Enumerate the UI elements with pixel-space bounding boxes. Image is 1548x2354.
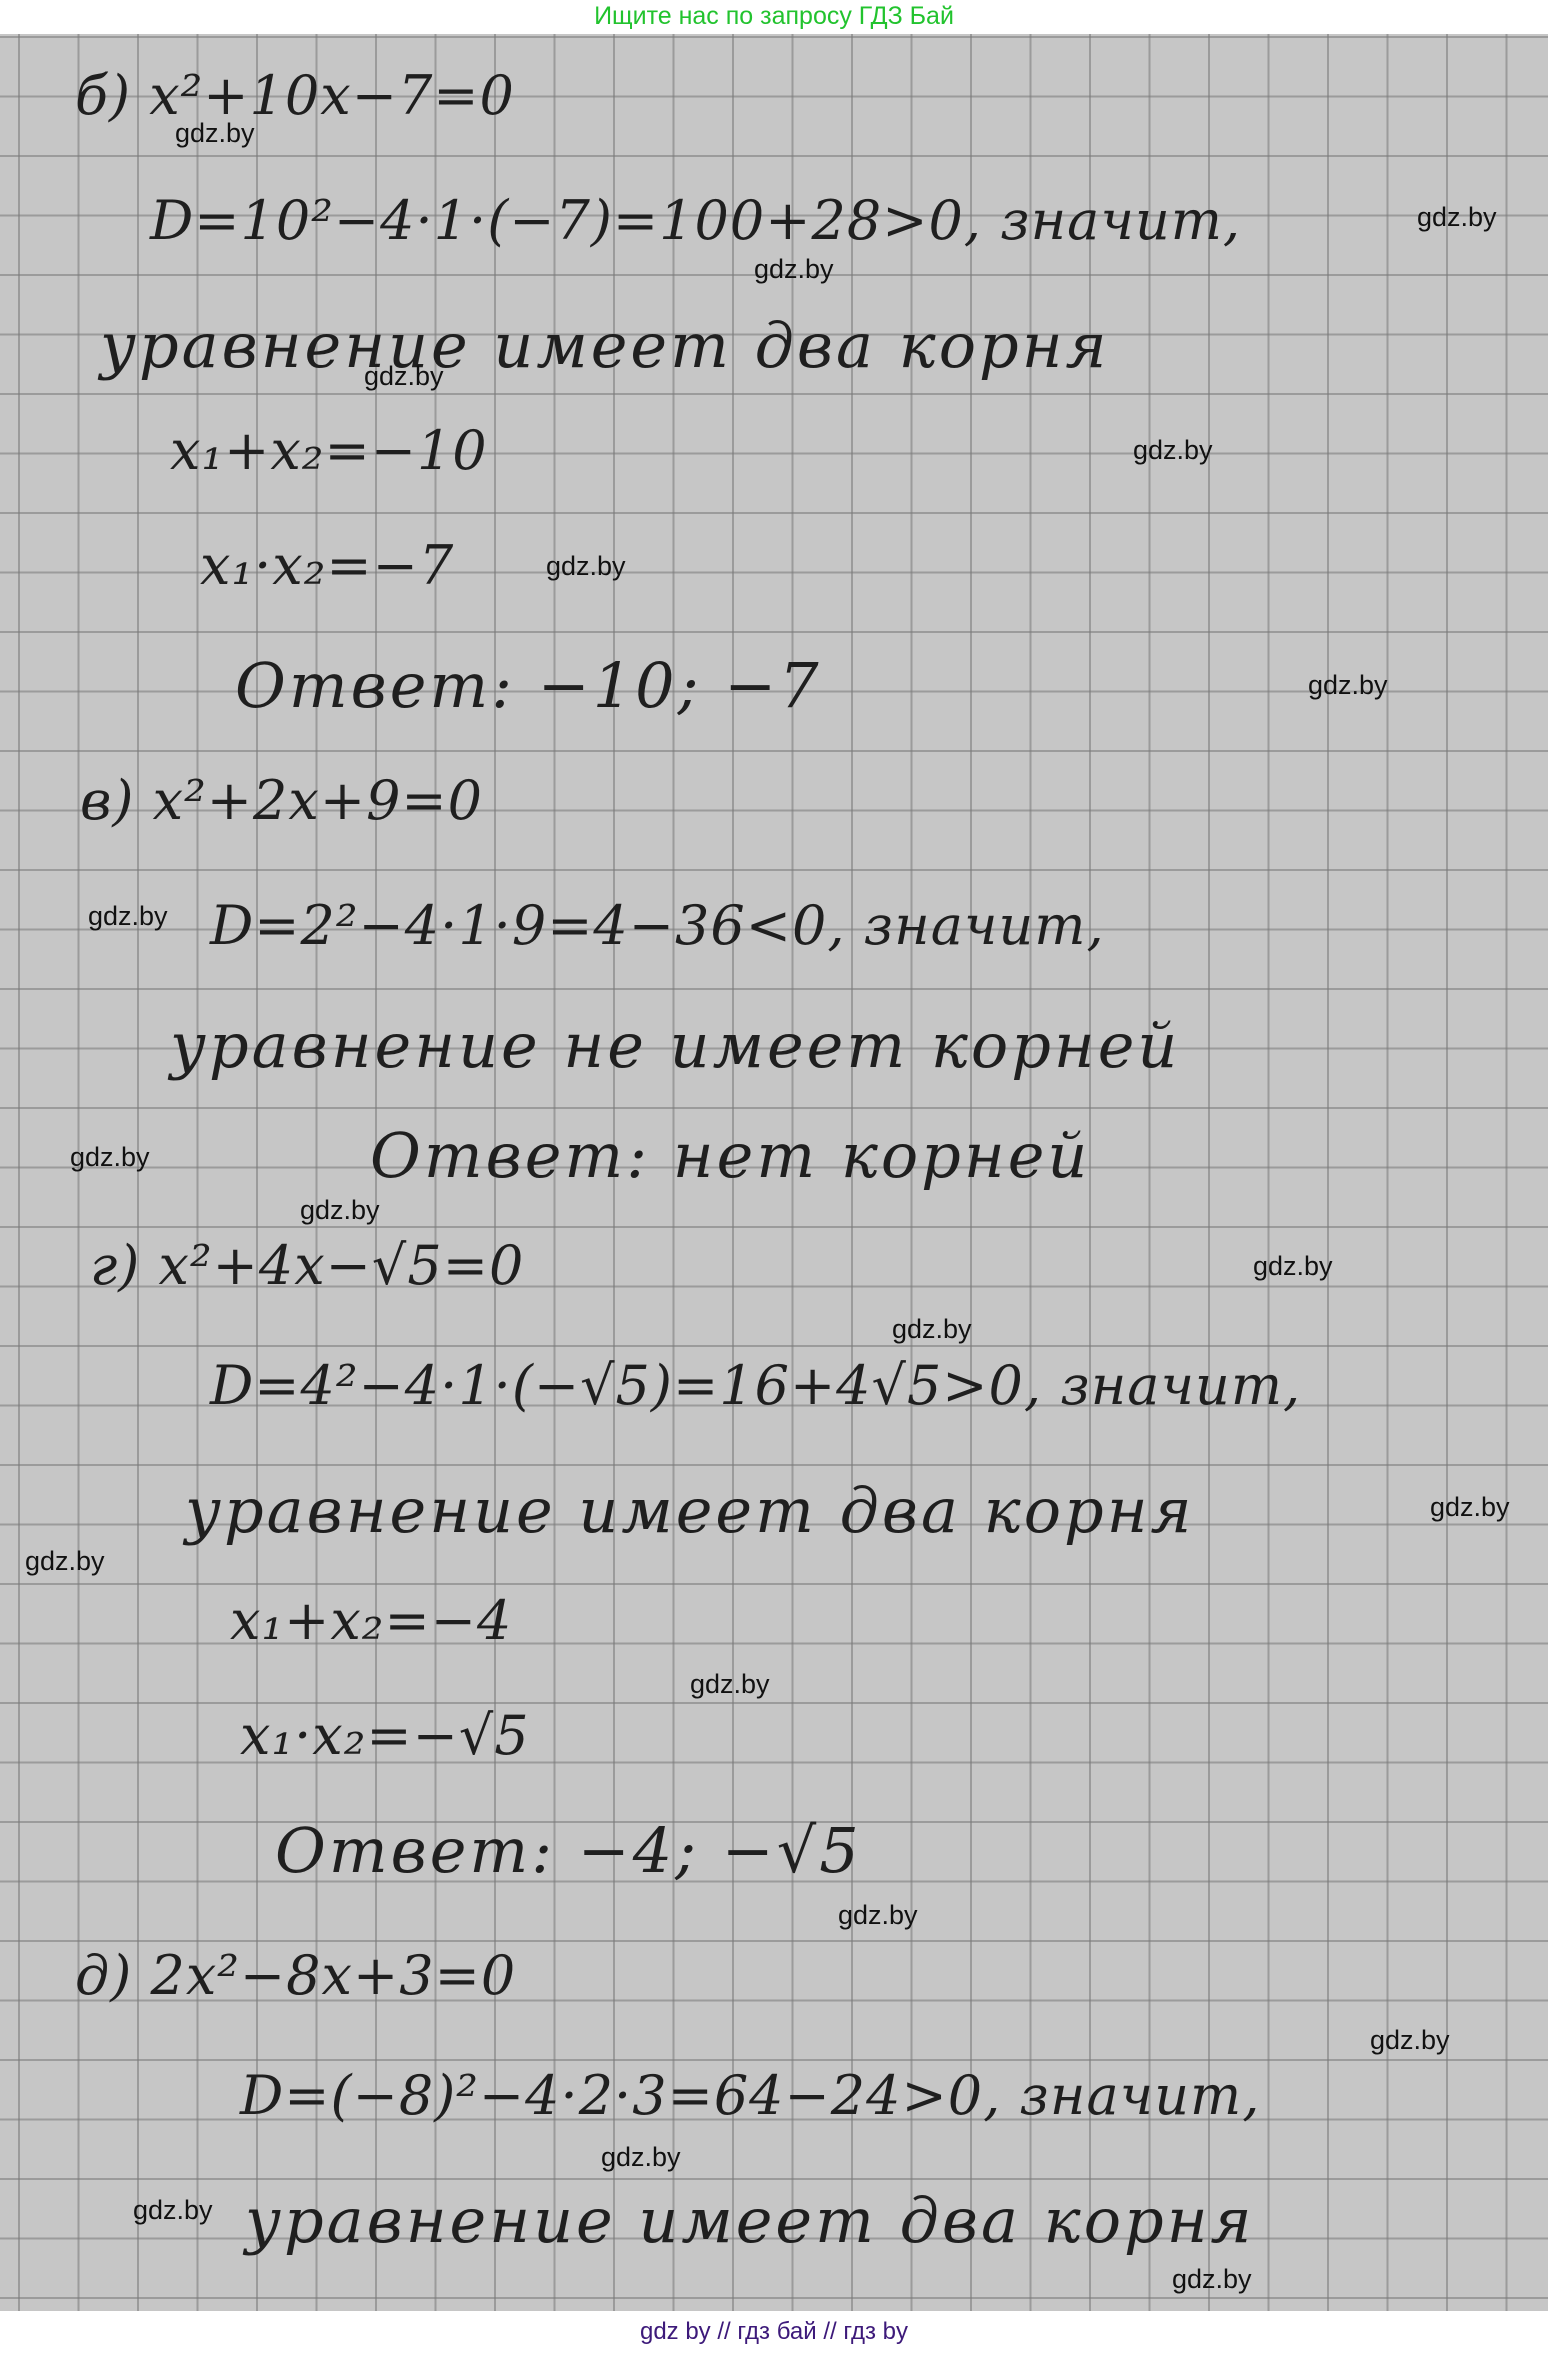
watermark: gdz.by xyxy=(1253,1251,1333,1282)
watermark: gdz.by xyxy=(1133,435,1213,466)
watermark: gdz.by xyxy=(690,1669,770,1700)
vieta-sum-b: x₁+x₂=−10 xyxy=(170,419,488,482)
watermark: gdz.by xyxy=(1172,2264,1252,2295)
conclusion-d: уравнение имеет два корня xyxy=(245,2184,1255,2257)
watermark: gdz.by xyxy=(1370,2025,1450,2056)
discriminant-d: D=(−8)²−4·2·3=64−24>0, значит, xyxy=(240,2064,1260,2127)
watermark: gdz.by xyxy=(838,1900,918,1931)
discriminant-g: D=4²−4·1·(−√5)=16+4√5>0, значит, xyxy=(210,1354,1301,1417)
watermark: gdz.by xyxy=(546,551,626,582)
watermark: gdz.by xyxy=(892,1314,972,1345)
watermark: gdz.by xyxy=(1308,670,1388,701)
vieta-product-b: x₁·x₂=−7 xyxy=(200,534,454,597)
conclusion-v: уравнение не имеет корней xyxy=(170,1009,1180,1082)
equation-g: г) x²+4x−√5=0 xyxy=(90,1234,524,1297)
watermark: gdz.by xyxy=(70,1142,150,1173)
footer-links[interactable]: gdz by // гдз бай // гдз by xyxy=(0,2311,1548,2354)
discriminant-v: D=2²−4·1·9=4−36<0, значит, xyxy=(210,894,1105,957)
equation-v: в) x²+2x+9=0 xyxy=(80,769,483,832)
watermark: gdz.by xyxy=(1417,202,1497,233)
notebook-page: б) x²+10x−7=0 D=10²−4·1·(−7)=100+28>0, з… xyxy=(0,34,1548,2311)
answer-g: Ответ: −4; −√5 xyxy=(275,1814,862,1887)
watermark: gdz.by xyxy=(25,1546,105,1577)
watermark: gdz.by xyxy=(175,118,255,149)
vieta-sum-g: x₁+x₂=−4 xyxy=(230,1589,512,1652)
watermark: gdz.by xyxy=(88,901,168,932)
watermark: gdz.by xyxy=(300,1195,380,1226)
conclusion-g: уравнение имеет два корня xyxy=(185,1474,1195,1547)
watermark: gdz.by xyxy=(601,2142,681,2173)
watermark: gdz.by xyxy=(364,361,444,392)
conclusion-b: уравнение имеет два корня xyxy=(100,309,1110,382)
equation-b: б) x²+10x−7=0 xyxy=(75,64,515,127)
watermark: gdz.by xyxy=(133,2195,213,2226)
answer-v: Ответ: нет корней xyxy=(370,1119,1090,1192)
search-banner[interactable]: Ищите нас по запросу ГДЗ Бай xyxy=(0,0,1548,34)
answer-b: Ответ: −10; −7 xyxy=(235,649,822,722)
equation-d: д) 2x²−8x+3=0 xyxy=(75,1944,516,2007)
discriminant-b: D=10²−4·1·(−7)=100+28>0, значит, xyxy=(150,189,1241,252)
watermark: gdz.by xyxy=(1430,1492,1510,1523)
watermark: gdz.by xyxy=(754,254,834,285)
vieta-product-g: x₁·x₂=−√5 xyxy=(240,1704,530,1767)
